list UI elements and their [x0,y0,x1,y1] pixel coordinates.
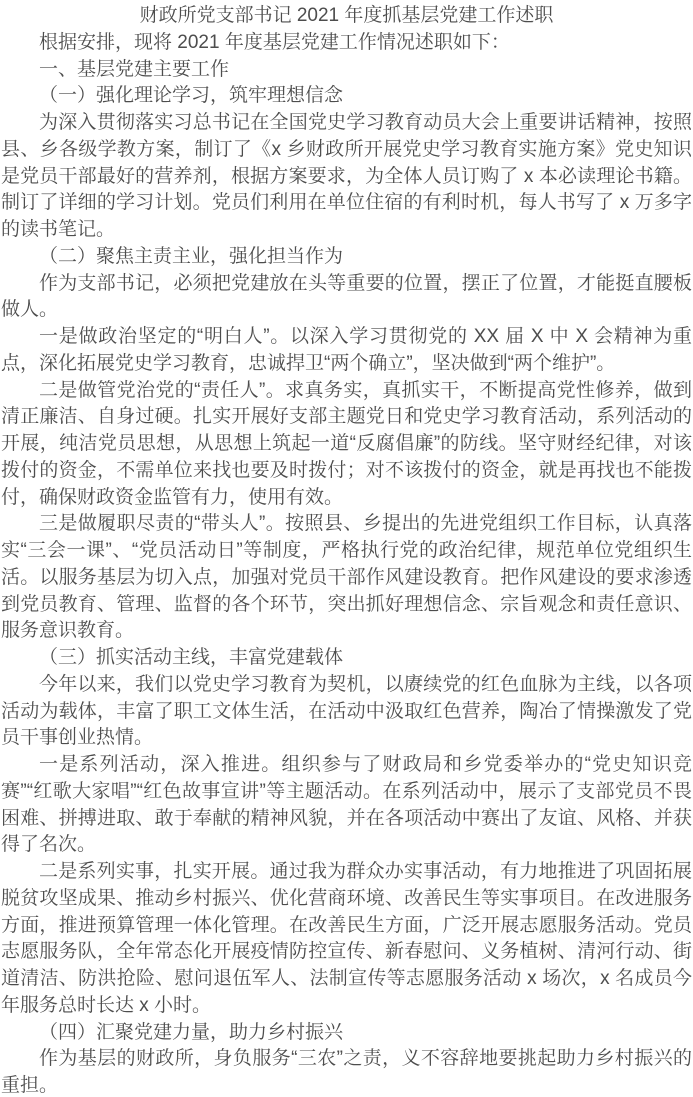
subsection-heading-1-3: （三）抓实活动主线，丰富党建载体 [1,645,692,672]
section-heading-1: 一、基层党建主要工作 [1,57,692,84]
paragraph: 二是做管党治党的“责任人”。求真务实，真抓实干，不断提高党性修养，做到清正廉洁、… [1,378,692,512]
paragraph: 为深入贯彻落实习总书记在全国党史学习教育动员大会上重要讲话精神，按照县、乡各级学… [1,110,692,244]
paragraph: 作为基层的财政所，身负服务“三农”之责，义不容辞地要挑起助力乡村振兴的重担。 [1,1046,692,1097]
paragraph: 三是做履职尽责的“带头人”。按照县、乡提出的先进党组织工作目标，认真落实“三会一… [1,511,692,645]
paragraph: 二是系列实事，扎实开展。通过我为群众办实事活动，有力地推进了巩固拓展脱贫攻坚成果… [1,859,692,1020]
intro-paragraph: 根据安排，现将 2021 年度基层党建工作情况述职如下： [1,30,692,57]
subsection-heading-1-4: （四）汇聚党建力量，助力乡村振兴 [1,1020,692,1047]
paragraph: 一是做政治坚定的“明白人”。以深入学习贯彻党的 XX 届 X 中 X 会精神为重… [1,324,692,378]
paragraph: 今年以来，我们以党史学习教育为契机，以赓续党的红色血脉为主线，以各项活动为载体，… [1,672,692,752]
subsection-heading-1-2: （二）聚焦主责主业，强化担当作为 [1,244,692,271]
subsection-heading-1-1: （一）强化理论学习，筑牢理想信念 [1,83,692,110]
document: 财政所党支部书记 2021 年度抓基层党建工作述职 根据安排，现将 2021 年… [0,0,693,1097]
paragraph: 一是系列活动，深入推进。组织参与了财政局和乡党委举办的“党史知识竞赛”“红歌大家… [1,752,692,859]
paragraph: 作为支部书记，必须把党建放在头等重要的位置，摆正了位置，才能挺直腰板做人。 [1,271,692,325]
document-title: 财政所党支部书记 2021 年度抓基层党建工作述职 [1,3,692,30]
